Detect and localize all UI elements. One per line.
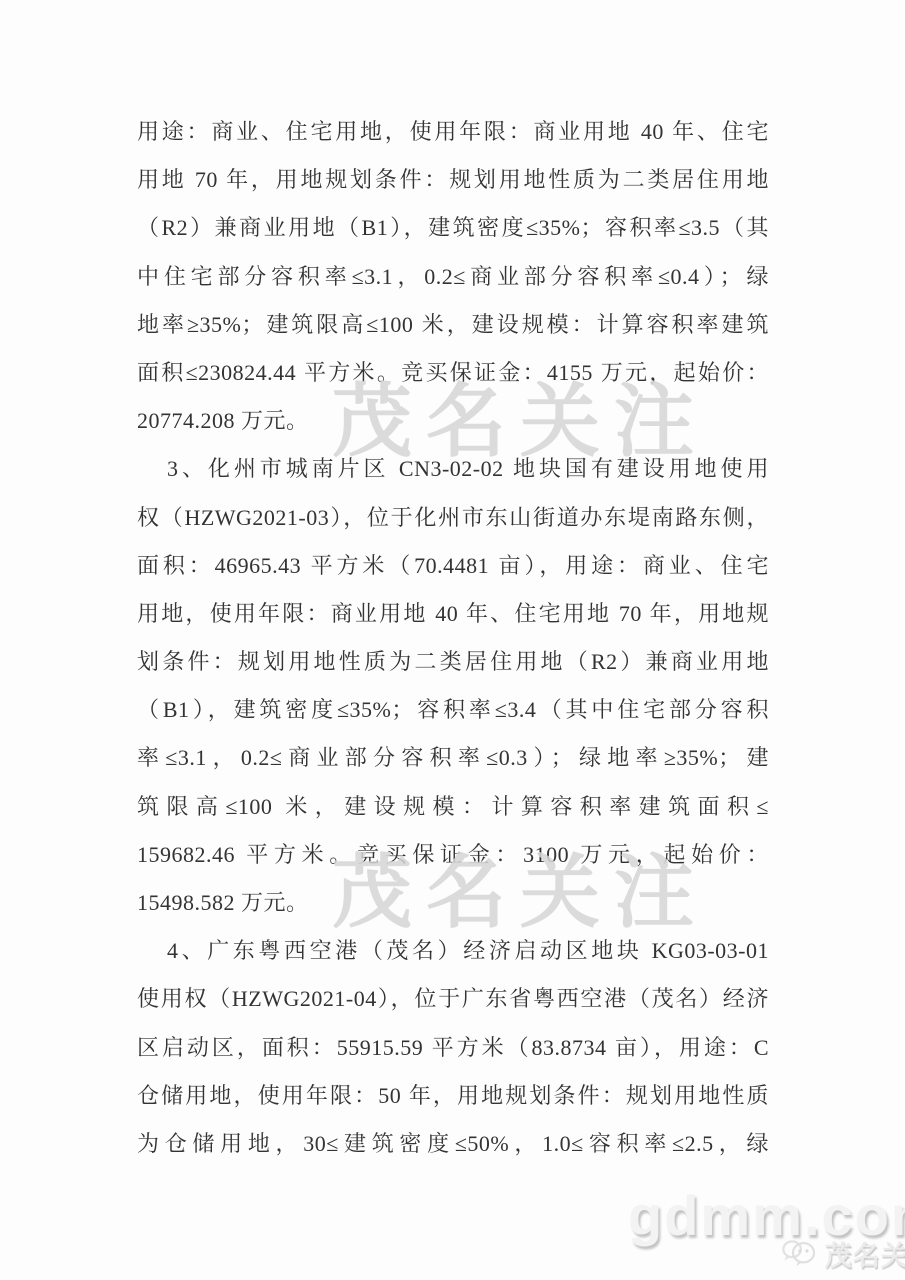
text-line: 为仓储用地，30≤建筑密度≤50%，1.0≤容积率≤2.5，绿 <box>137 1120 769 1168</box>
document-page: 用途：商业、住宅用地，使用年限：商业用地 40 年、住宅 用地 70 年，用地规… <box>0 0 905 1280</box>
text-line-item-4: 4、广东粤西空港（茂名）经济启动区地块 KG03-03-01 <box>137 927 769 975</box>
text-line: （R2）兼商业用地（B1），建筑密度≤35%；容积率≤3.5（其 <box>137 204 769 252</box>
text-line: 20774.208 万元。 <box>137 397 769 445</box>
site-watermark: gdmm.com 茂名关注 <box>628 1188 905 1277</box>
text-line: 率≤3.1，0.2≤商业部分容积率≤0.3）；绿地率≥35%；建 <box>137 734 769 782</box>
text-line: 仓储用地，使用年限：50 年，用地规划条件：规划用地性质 <box>137 1072 769 1120</box>
text-line: 面积：46965.43 平方米（70.4481 亩），用途：商业、住宅 <box>137 542 769 590</box>
text-line: 中住宅部分容积率≤3.1，0.2≤商业部分容积率≤0.4）；绿 <box>137 253 769 301</box>
text-line: 使用权（HZWG2021-04），位于广东省粤西空港（茂名）经济 <box>137 975 769 1023</box>
text-line: 用途：商业、住宅用地，使用年限：商业用地 40 年、住宅 <box>137 108 769 156</box>
text-line: 15498.582 万元。 <box>137 879 769 927</box>
text-line: 划条件：规划用地性质为二类居住用地（R2）兼商业用地 <box>137 638 769 686</box>
text-line: 区启动区，面积：55915.59 平方米（83.8734 亩），用途：C <box>137 1024 769 1072</box>
text-line: 用地，使用年限：商业用地 40 年、住宅用地 70 年，用地规 <box>137 590 769 638</box>
document-text-block: 用途：商业、住宅用地，使用年限：商业用地 40 年、住宅 用地 70 年，用地规… <box>137 108 769 1168</box>
site-brand-text: 茂名关注 <box>825 1234 905 1273</box>
text-line-item-3: 3、化州市城南片区 CN3-02-02 地块国有建设用地使用 <box>137 445 769 493</box>
text-line: 筑限高≤100 米，建设规模：计算容积率建筑面积≤ <box>137 783 769 831</box>
site-domain-text: gdmm.com <box>628 1188 905 1244</box>
text-line: （B1），建筑密度≤35%；容积率≤3.4（其中住宅部分容积 <box>137 686 769 734</box>
text-line: 用地 70 年，用地规划条件：规划用地性质为二类居住用地 <box>137 156 769 204</box>
text-line: 面积≤230824.44 平方米。竞买保证金：4155 万元，起始价： <box>137 349 769 397</box>
text-line: 159682.46 平方米。竞买保证金：3100 万元，起始价： <box>137 831 769 879</box>
chat-bubble-icon <box>779 1230 821 1277</box>
text-line: 地率≥35%；建筑限高≤100 米，建设规模：计算容积率建筑 <box>137 301 769 349</box>
text-line: 权（HZWG2021-03），位于化州市东山街道办东堤南路东侧， <box>137 494 769 542</box>
site-brand-row: 茂名关注 <box>628 1230 905 1277</box>
